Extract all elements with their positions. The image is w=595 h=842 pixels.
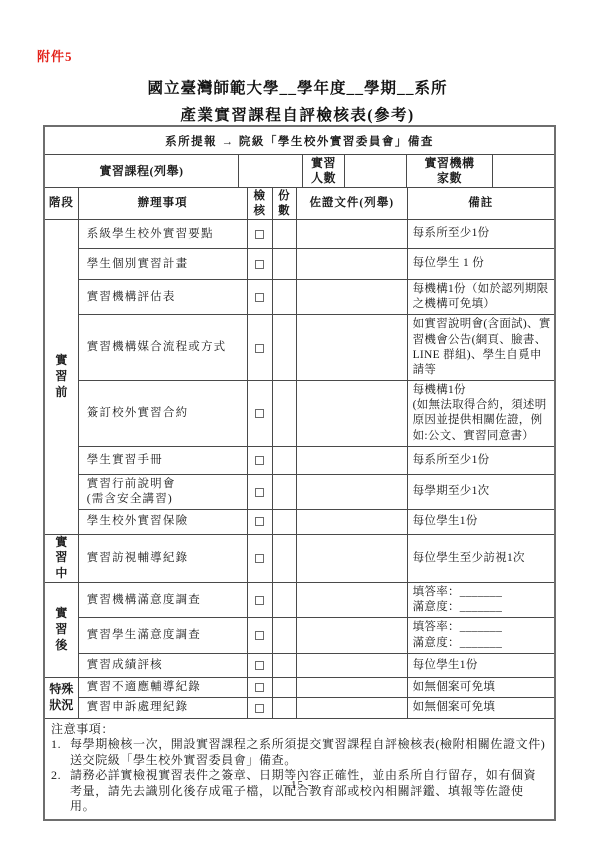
remark-cell: 每機構1份 (如無法取得合約，須述明原因並提供相關佐證，例如:公文、實習同意書） <box>407 381 555 447</box>
students-count-label-cell: 實習人數 <box>303 155 345 187</box>
item-cell: 實習機構媒合流程或方式 <box>78 315 247 381</box>
note-number: 1. <box>51 737 70 768</box>
table-row: 實習中 實習訪視輔導紀錄 每位學生至少訪視1次 <box>44 534 555 582</box>
students-count-value-cell <box>345 155 407 187</box>
table-row: 學生個別實習計畫 每位學生 1 份 <box>44 249 555 280</box>
evidence-cell <box>296 220 407 249</box>
checkbox-cell <box>247 653 272 677</box>
evidence-cell <box>296 381 407 447</box>
table-row: 實習前 系級學生校外實習要點 每系所至少1份 <box>44 220 555 249</box>
remark-cell: 填答率：_______ 滿意度：_______ <box>407 618 555 653</box>
item-cell: 簽訂校外實習合約 <box>78 381 247 447</box>
evidence-cell <box>296 446 407 474</box>
col-header-evidence: 佐證文件(列舉) <box>296 188 407 220</box>
stage-cell-during: 實習中 <box>44 534 78 582</box>
evidence-cell <box>296 315 407 381</box>
submit-header: 系所提報 → 院級「學生校外實習委員會」備查 <box>44 126 555 155</box>
course-label-cell: 實習課程(列舉) <box>45 155 239 187</box>
copies-cell <box>272 220 296 249</box>
checkbox-icon <box>255 344 264 353</box>
remark-cell: 如無個案可免填 <box>407 677 555 697</box>
checkbox-cell <box>247 509 272 534</box>
evidence-cell <box>296 653 407 677</box>
remark-cell: 如實習說明會(含面試)、實習機會公告(網頁、臉書、LINE 群組)、學生自覓申請… <box>407 315 555 381</box>
copies-cell <box>272 677 296 697</box>
remark-cell: 如無個案可免填 <box>407 697 555 718</box>
remark-cell: 每位學生1份 <box>407 653 555 677</box>
orgs-count-label-cell: 實習機構家數 <box>407 155 493 187</box>
copies-cell <box>272 280 296 315</box>
table-row: 學生校外實習保險 每位學生1份 <box>44 509 555 534</box>
orgs-count-value-cell <box>493 155 554 187</box>
evidence-cell <box>296 697 407 718</box>
item-cell: 學生個別實習計畫 <box>78 249 247 280</box>
col-header-item: 辦理事項 <box>78 188 247 220</box>
checkbox-icon <box>255 293 264 302</box>
evidence-cell <box>296 677 407 697</box>
checkbox-cell <box>247 446 272 474</box>
col-header-check: 檢核 <box>247 188 272 220</box>
remark-cell: 每系所至少1份 <box>407 220 555 249</box>
checkbox-cell <box>247 381 272 447</box>
evidence-cell <box>296 534 407 582</box>
item-cell: 實習成績評核 <box>78 653 247 677</box>
checkbox-cell <box>247 618 272 653</box>
item-cell: 實習申訴處理紀錄 <box>78 697 247 718</box>
item-cell: 學生實習手冊 <box>78 446 247 474</box>
checkbox-icon <box>255 554 264 563</box>
checkbox-icon <box>255 456 264 465</box>
note-text: 每學期檢核一次，開設實習課程之系所須提交實習課程自評檢核表(檢附相關佐證文件)送… <box>70 737 548 768</box>
stage-cell-post: 實習後 <box>44 583 78 678</box>
checkbox-cell <box>247 474 272 509</box>
stage-cell-pre: 實習前 <box>44 220 78 535</box>
item-cell: 實習機構評估表 <box>78 280 247 315</box>
checkbox-cell <box>247 534 272 582</box>
attachment-label: 附件5 <box>37 46 73 65</box>
table-row: 實習機構媒合流程或方式 如實習說明會(含面試)、實習機會公告(網頁、臉書、LIN… <box>44 315 555 381</box>
course-row: 實習課程(列舉) 實習人數 實習機構家數 <box>44 155 555 188</box>
checkbox-icon <box>255 596 264 605</box>
table-row: 學生實習手冊 每系所至少1份 <box>44 446 555 474</box>
remark-cell: 每機構1份（如於認列期限之機構可免填） <box>407 280 555 315</box>
col-header-stage: 階段 <box>44 188 78 220</box>
checkbox-cell <box>247 583 272 618</box>
item-cell: 實習不適應輔導紀錄 <box>78 677 247 697</box>
evidence-cell <box>296 280 407 315</box>
checkbox-icon <box>255 704 264 713</box>
stage-cell-special: 特殊狀況 <box>44 677 78 718</box>
item-cell: 實習訪視輔導紀錄 <box>78 534 247 582</box>
col-header-remark: 備註 <box>407 188 555 220</box>
copies-cell <box>272 315 296 381</box>
checkbox-icon <box>255 230 264 239</box>
item-cell: 實習行前說明會 (需含安全講習) <box>78 474 247 509</box>
checkbox-icon <box>255 488 264 497</box>
evidence-cell <box>296 249 407 280</box>
evidence-cell <box>296 509 407 534</box>
checklist-table: 系所提報 → 院級「學生校外實習委員會」備查 實習課程(列舉) 實習人數 實習機… <box>43 125 556 821</box>
checkbox-cell <box>247 220 272 249</box>
copies-cell <box>272 381 296 447</box>
note-item: 1. 每學期檢核一次，開設實習課程之系所須提交實習課程自評檢核表(檢附相關佐證文… <box>51 737 548 768</box>
evidence-cell <box>296 583 407 618</box>
checkbox-cell <box>247 315 272 381</box>
table-row: 實習申訴處理紀錄 如無個案可免填 <box>44 697 555 718</box>
copies-cell <box>272 583 296 618</box>
remark-cell: 每位學生 1 份 <box>407 249 555 280</box>
table-row: 實習學生滿意度調查 填答率：_______ 滿意度：_______ <box>44 618 555 653</box>
course-value-cell <box>239 155 303 187</box>
remark-cell: 填答率：_______ 滿意度：_______ <box>407 583 555 618</box>
evidence-cell <box>296 474 407 509</box>
table-row: 特殊狀況 實習不適應輔導紀錄 如無個案可免填 <box>44 677 555 697</box>
note-item: 2. 請務必詳實檢視實習表件之簽章、日期等內容正確性，並由系所自行留存，如有個資… <box>51 768 548 815</box>
table-row: 實習成績評核 每位學生1份 <box>44 653 555 677</box>
copies-cell <box>272 446 296 474</box>
note-text: 請務必詳實檢視實習表件之簽章、日期等內容正確性，並由系所自行留存，如有個資考量，… <box>70 768 548 815</box>
item-cell: 學生校外實習保險 <box>78 509 247 534</box>
remark-cell: 每學期至少1次 <box>407 474 555 509</box>
checkbox-icon <box>255 260 264 269</box>
table-row: 實習機構評估表 每機構1份（如於認列期限之機構可免填） <box>44 280 555 315</box>
notes-row: 注意事項： 1. 每學期檢核一次，開設實習課程之系所須提交實習課程自評檢核表(檢… <box>44 718 555 820</box>
remark-cell: 每位學生至少訪視1次 <box>407 534 555 582</box>
col-header-copies: 份數 <box>272 188 296 220</box>
checkbox-icon <box>255 683 264 692</box>
checkbox-cell <box>247 280 272 315</box>
remark-cell: 每系所至少1份 <box>407 446 555 474</box>
checkbox-icon <box>255 517 264 526</box>
table-row: 簽訂校外實習合約 每機構1份 (如無法取得合約，須述明原因並提供相關佐證，例如:… <box>44 381 555 447</box>
item-cell: 實習學生滿意度調查 <box>78 618 247 653</box>
column-header-row: 階段 辦理事項 檢核 份數 佐證文件(列舉) 備註 <box>44 188 555 220</box>
copies-cell <box>272 474 296 509</box>
note-number: 2. <box>51 768 70 815</box>
notes-section: 注意事項： 1. 每學期檢核一次，開設實習課程之系所須提交實習課程自評檢核表(檢… <box>44 718 555 820</box>
checkbox-icon <box>255 631 264 640</box>
item-cell: 實習機構滿意度調查 <box>78 583 247 618</box>
copies-cell <box>272 618 296 653</box>
checkbox-icon <box>255 409 264 418</box>
copies-cell <box>272 697 296 718</box>
copies-cell <box>272 509 296 534</box>
document-title-line1: 國立臺灣師範大學__學年度__學期__系所 <box>0 76 595 98</box>
copies-cell <box>272 249 296 280</box>
remark-cell: 每位學生1份 <box>407 509 555 534</box>
document-title-line2: 產業實習課程自評檢核表(參考) <box>0 103 595 125</box>
copies-cell <box>272 653 296 677</box>
document-page: 附件5 國立臺灣師範大學__學年度__學期__系所 產業實習課程自評檢核表(參考… <box>0 0 595 842</box>
copies-cell <box>272 534 296 582</box>
checkbox-cell <box>247 249 272 280</box>
page-number: - 15 - <box>0 779 595 791</box>
table-row: 實習後 實習機構滿意度調查 填答率：_______ 滿意度：_______ <box>44 583 555 618</box>
table-row: 實習行前說明會 (需含安全講習) 每學期至少1次 <box>44 474 555 509</box>
submit-header-row: 系所提報 → 院級「學生校外實習委員會」備查 <box>44 126 555 155</box>
checkbox-icon <box>255 661 264 670</box>
checkbox-cell <box>247 697 272 718</box>
item-cell: 系級學生校外實習要點 <box>78 220 247 249</box>
notes-heading: 注意事項： <box>51 722 548 738</box>
evidence-cell <box>296 618 407 653</box>
checkbox-cell <box>247 677 272 697</box>
